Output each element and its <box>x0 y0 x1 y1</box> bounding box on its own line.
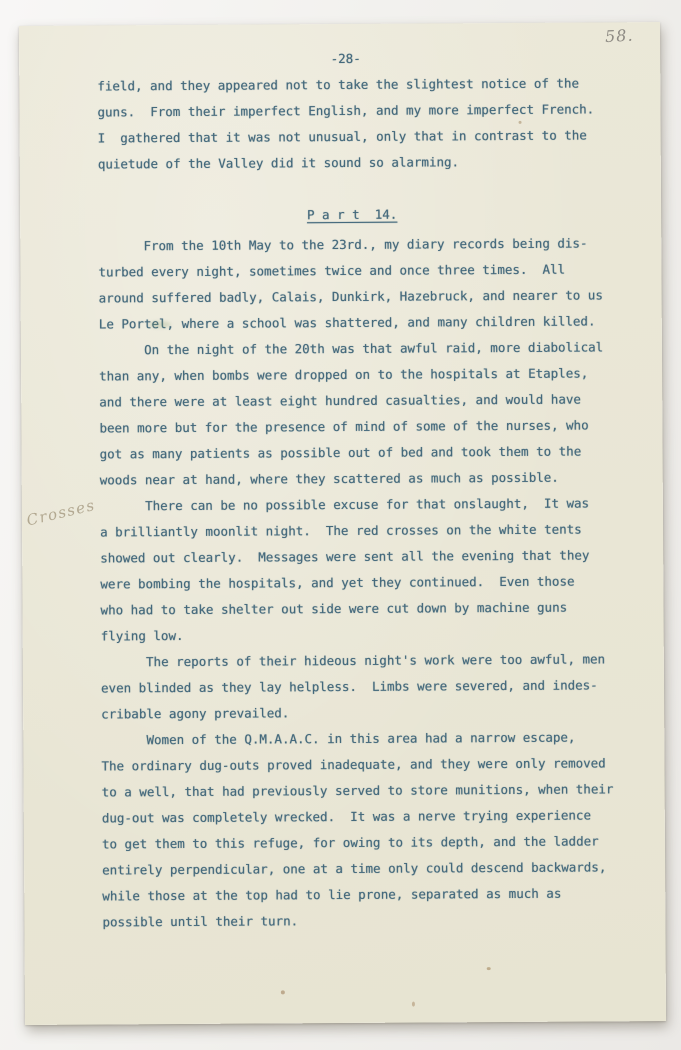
paper-speck <box>281 990 285 994</box>
paragraph-qmaac-escape: Women of the Q.M.A.A.C. in this area had… <box>101 724 662 935</box>
paragraph-red-crosses: There can be no possible excuse for that… <box>100 490 661 649</box>
scan-background: 58. -28- field, and they appeared not to… <box>0 0 681 1050</box>
section-heading: P a r t 14. <box>98 200 606 229</box>
paragraph-etaples-raid: On the night of the 20th was that awful … <box>99 334 660 493</box>
typed-page-number: -28- <box>97 44 594 73</box>
paragraph-reports: The reports of their hideous night's wor… <box>101 646 661 727</box>
paragraph-continuation: field, and they appeared not to take the… <box>97 70 658 177</box>
paragraph-diary-records: From the 10th May to the 23rd., my diary… <box>98 230 659 337</box>
paper-speck <box>412 1002 415 1007</box>
pencil-margin-note: Crosses <box>25 496 97 530</box>
pencil-page-number: 58. <box>604 25 634 46</box>
document-page: 58. -28- field, and they appeared not to… <box>19 22 666 1025</box>
paper-speck <box>487 967 491 970</box>
section-heading-text: P a r t 14. <box>307 207 397 223</box>
